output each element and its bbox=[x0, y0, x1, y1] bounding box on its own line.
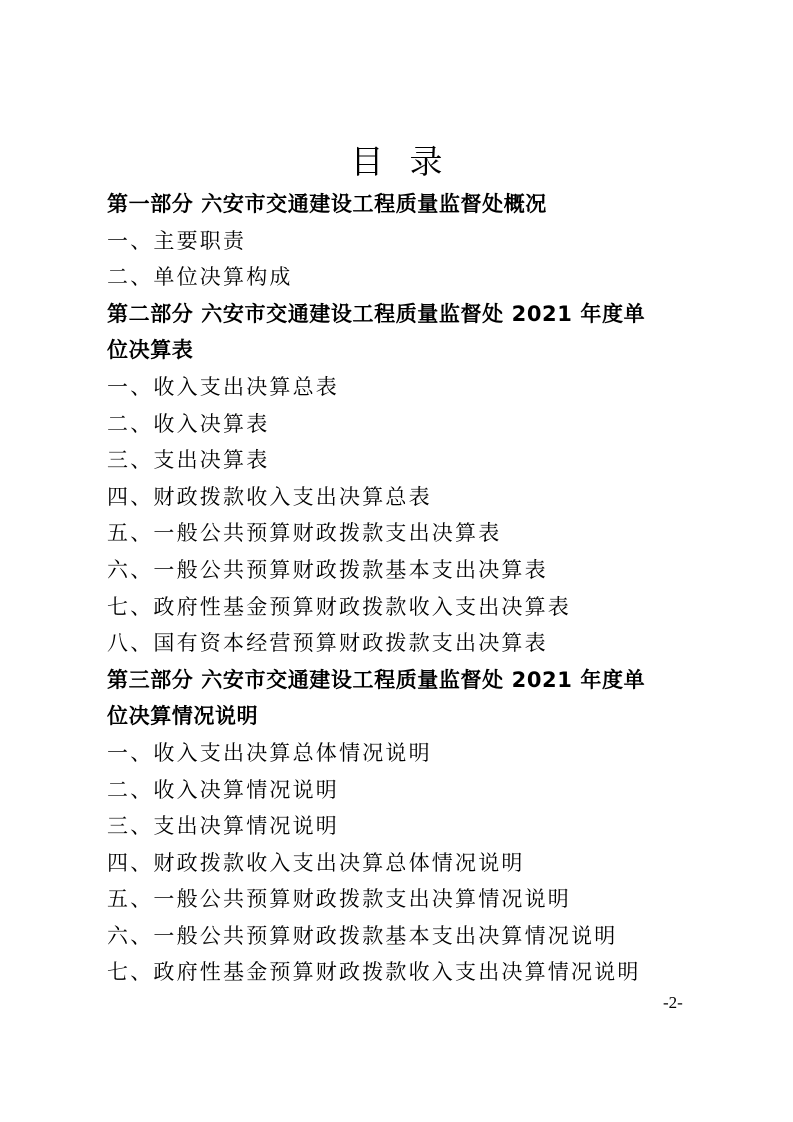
toc-entry[interactable]: 八、国有资本经营预算财政拨款支出决算表 bbox=[107, 625, 697, 662]
toc-entry[interactable]: 二、单位决算构成 bbox=[107, 259, 697, 296]
toc-entry[interactable]: 三、支出决算情况说明 bbox=[107, 808, 697, 845]
toc-part-2: 第二部分 六安市交通建设工程质量监督处 2021 年度单 位决算表 一、收入支出… bbox=[107, 296, 697, 662]
toc-entry[interactable]: 三、支出决算表 bbox=[107, 442, 697, 479]
table-of-contents: 第一部分 六安市交通建设工程质量监督处概况 一、主要职责 二、单位决算构成 第二… bbox=[107, 186, 697, 991]
toc-entry[interactable]: 五、一般公共预算财政拨款支出决算表 bbox=[107, 515, 697, 552]
toc-part-heading-continued[interactable]: 位决算情况说明 bbox=[107, 698, 697, 735]
toc-entry[interactable]: 四、财政拨款收入支出决算总表 bbox=[107, 479, 697, 516]
page-title: 目录 bbox=[0, 140, 793, 184]
toc-part-heading[interactable]: 第三部分 六安市交通建设工程质量监督处 2021 年度单 bbox=[107, 662, 697, 699]
toc-entry[interactable]: 一、主要职责 bbox=[107, 223, 697, 260]
toc-entry[interactable]: 五、一般公共预算财政拨款支出决算情况说明 bbox=[107, 881, 697, 918]
toc-entry[interactable]: 七、政府性基金预算财政拨款收入支出决算表 bbox=[107, 589, 697, 626]
toc-part-heading[interactable]: 第一部分 六安市交通建设工程质量监督处概况 bbox=[107, 186, 697, 223]
toc-entry[interactable]: 一、收入支出决算总体情况说明 bbox=[107, 735, 697, 772]
toc-entry[interactable]: 二、收入决算表 bbox=[107, 406, 697, 443]
toc-part-heading[interactable]: 第二部分 六安市交通建设工程质量监督处 2021 年度单 bbox=[107, 296, 697, 333]
toc-entry[interactable]: 二、收入决算情况说明 bbox=[107, 772, 697, 809]
toc-entry[interactable]: 一、收入支出决算总表 bbox=[107, 369, 697, 406]
toc-entry[interactable]: 七、政府性基金预算财政拨款收入支出决算情况说明 bbox=[107, 954, 697, 991]
page-number: -2- bbox=[663, 991, 683, 1015]
toc-part-heading-continued[interactable]: 位决算表 bbox=[107, 332, 697, 369]
document-page: 目录 第一部分 六安市交通建设工程质量监督处概况 一、主要职责 二、单位决算构成… bbox=[0, 0, 793, 1122]
toc-entry[interactable]: 四、财政拨款收入支出决算总体情况说明 bbox=[107, 845, 697, 882]
toc-entry[interactable]: 六、一般公共预算财政拨款基本支出决算情况说明 bbox=[107, 918, 697, 955]
toc-entry[interactable]: 六、一般公共预算财政拨款基本支出决算表 bbox=[107, 552, 697, 589]
toc-part-1: 第一部分 六安市交通建设工程质量监督处概况 一、主要职责 二、单位决算构成 bbox=[107, 186, 697, 296]
toc-part-3: 第三部分 六安市交通建设工程质量监督处 2021 年度单 位决算情况说明 一、收… bbox=[107, 662, 697, 991]
